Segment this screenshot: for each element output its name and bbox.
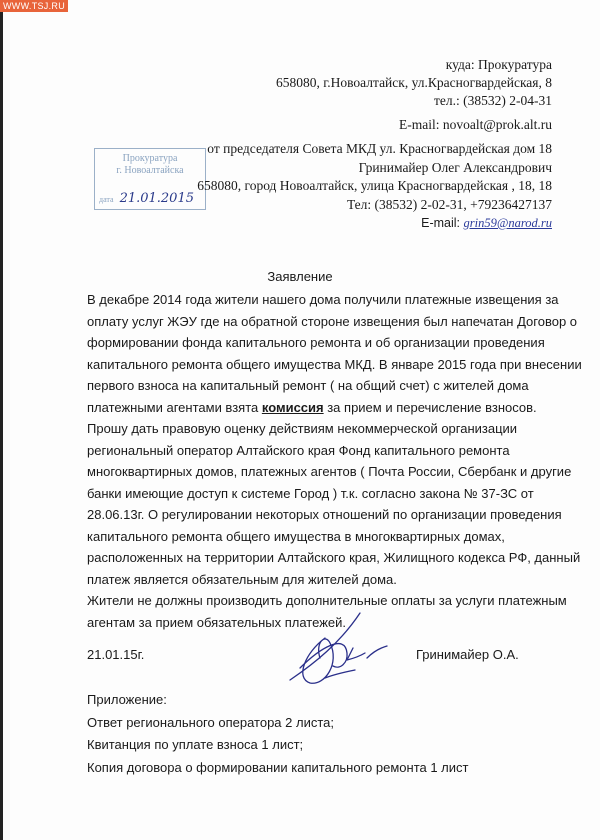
watermark: WWW.TSJ.RU xyxy=(0,0,68,12)
signer-name: Гринимайер О.А. xyxy=(416,647,519,662)
sender-address: 658080, город Новоалтайск, улица Красног… xyxy=(197,177,552,196)
sender-name: Гринимайер Олег Александрович xyxy=(197,159,552,178)
stamp-date-row: дата 21.01.2015 xyxy=(99,193,194,206)
body-line: первого взноса на капитальный ремонт ( н… xyxy=(87,375,567,397)
body-text-span: платежными агентами взята xyxy=(87,400,262,415)
document-date: 21.01.15г. xyxy=(87,647,144,662)
signature-icon xyxy=(285,608,395,688)
document-body: В декабре 2014 года жители нашего дома п… xyxy=(87,289,567,633)
body-line: многоквартирных домов, платежных агентов… xyxy=(87,461,567,483)
sender-phone: Тел: (38532) 2-02-31, +79236427137 xyxy=(197,196,552,215)
body-line: оплату услуг ЖЭУ где на обратной стороне… xyxy=(87,311,567,333)
recipient-block: куда: Прокуратура 658080, г.Новоалтайск,… xyxy=(276,56,552,134)
recipient-address: 658080, г.Новоалтайск, ул.Красногвардейс… xyxy=(276,74,552,92)
sender-email-link[interactable]: grin59@narod.ru xyxy=(464,216,552,230)
stamp-line1: Прокуратура xyxy=(95,153,205,165)
body-text-span: за прием и перечисление взносов. xyxy=(324,400,537,415)
scan-edge xyxy=(0,8,3,840)
body-line: Прошу дать правовую оценку действиям нек… xyxy=(87,418,567,440)
attachments-block: Приложение: Ответ регионального оператор… xyxy=(87,689,469,779)
stamp-line2: г. Новоалтайска xyxy=(95,165,205,177)
body-line: капитального ремонта общего имущества в … xyxy=(87,526,567,548)
attachments-title: Приложение: xyxy=(87,689,469,712)
attachment-item: Ответ регионального оператора 2 листа; xyxy=(87,712,469,735)
recipient-line: куда: Прокуратура xyxy=(276,56,552,74)
body-line: платежными агентами взята комиссия за пр… xyxy=(87,397,567,419)
stamp-date-label: дата xyxy=(99,195,114,204)
document-title: Заявление xyxy=(0,269,600,284)
sender-email-row: E-mail: grin59@narod.ru xyxy=(197,214,552,233)
body-line: В декабре 2014 года жители нашего дома п… xyxy=(87,289,567,311)
stamp-date-value: 21.01.2015 xyxy=(120,191,194,206)
registration-stamp: Прокуратура г. Новоалтайска дата 21.01.2… xyxy=(94,148,206,210)
body-line: капитального ремонта общего имущества МК… xyxy=(87,354,567,376)
body-line: платеж является обязательным для жителей… xyxy=(87,569,567,591)
sender-email-label: E-mail: xyxy=(421,216,463,230)
recipient-email: E-mail: novoalt@prok.alt.ru xyxy=(276,116,552,134)
body-line: расположенных на территории Алтайского к… xyxy=(87,547,567,569)
body-line: региональный оператор Алтайского края Фо… xyxy=(87,440,567,462)
body-line: формировании фонда капитального ремонта … xyxy=(87,332,567,354)
recipient-phone: тел.: (38532) 2-04-31 xyxy=(276,92,552,110)
attachment-item: Квитанция по уплате взноса 1 лист; xyxy=(87,734,469,757)
sender-title: от председателя Совета МКД ул. Красногва… xyxy=(197,140,552,159)
body-line: банки имеющие доступ к системе Город ) т… xyxy=(87,483,567,505)
emphasis-commission: комиссия xyxy=(262,400,324,415)
attachment-item: Копия договора о формировании капитально… xyxy=(87,757,469,780)
sender-block: от председателя Совета МКД ул. Красногва… xyxy=(197,140,552,233)
body-line: 28.06.13г. О регулировании некоторых отн… xyxy=(87,504,567,526)
